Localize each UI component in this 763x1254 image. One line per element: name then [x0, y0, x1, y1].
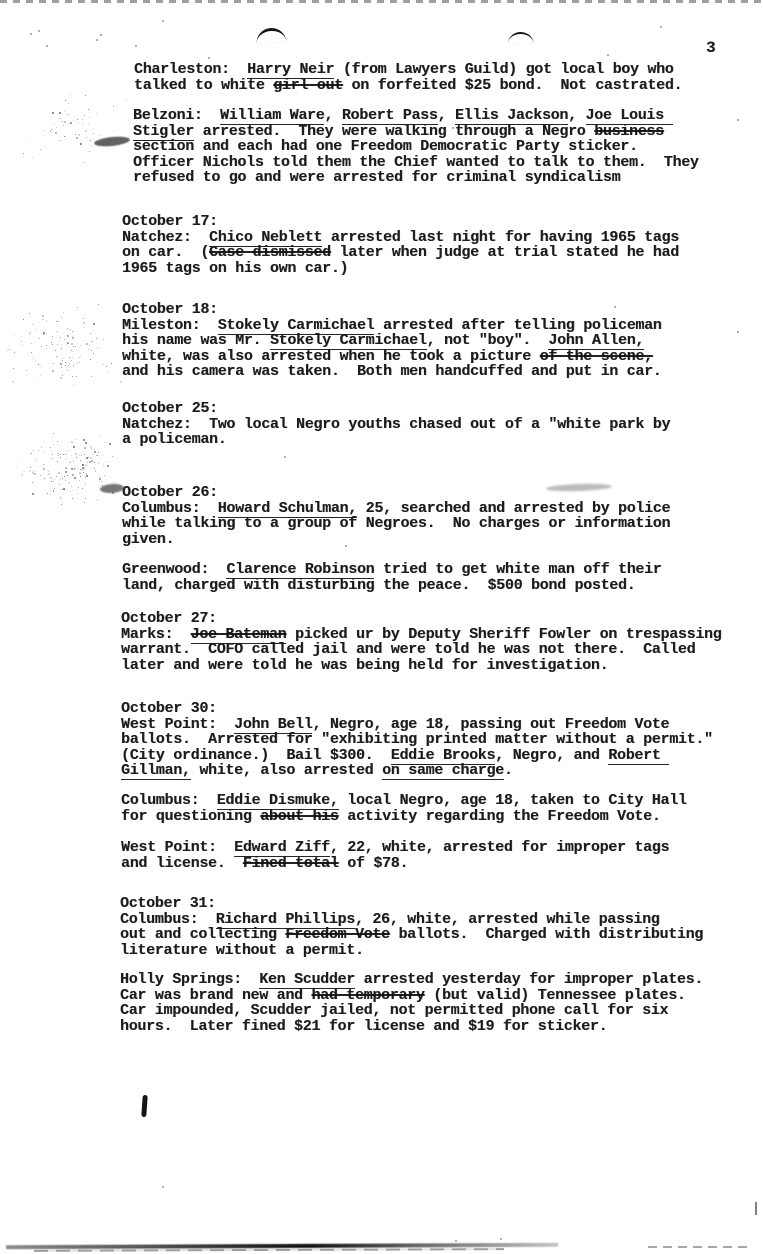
scan-noise-dot [14, 335, 15, 336]
scan-noise-dot [65, 480, 66, 481]
scan-noise-dot [55, 132, 57, 134]
scan-noise-dot [75, 453, 77, 455]
scan-noise-dot [43, 468, 45, 470]
scan-noise-dot [78, 350, 79, 351]
scan-noise-dot [98, 452, 99, 453]
scan-noise-dot [73, 461, 74, 462]
arc-mark-right [508, 32, 534, 45]
scan-noise-dot [61, 504, 62, 505]
scan-speck [345, 545, 347, 547]
scan-noise-dot [90, 333, 91, 334]
scan-mark-right-edge [755, 1202, 757, 1215]
scan-noise-dot [90, 359, 91, 360]
text-line: out and collecting Freedom Vote ballots.… [120, 927, 703, 943]
scan-noise-dot [60, 337, 61, 338]
scan-noise-dot [64, 476, 65, 477]
scan-noise-dot [24, 471, 25, 472]
scan-noise-dot [78, 123, 79, 124]
scan-noise-dot [90, 140, 91, 141]
scan-noise-dot [83, 318, 84, 319]
scan-noise-dot [67, 458, 68, 459]
text-line: land, charged with disturbing the peace.… [122, 578, 662, 594]
scan-noise-dot [84, 327, 85, 328]
text-line: ballots. Arrested for "exhibiting printe… [121, 732, 713, 748]
scan-noise-dot [80, 355, 81, 356]
scan-noise-dot [97, 500, 98, 501]
text-line: 1965 tags on his own car.) [122, 261, 679, 277]
scan-noise-dot [31, 352, 32, 353]
scan-noise-dot [52, 370, 54, 372]
scan-noise-dot [43, 334, 44, 335]
scan-noise-dot [70, 329, 71, 330]
scan-noise-dot [91, 376, 92, 377]
scan-noise-dot [72, 337, 74, 339]
scan-noise-dot [38, 364, 39, 365]
text-line: later and were told he was being held fo… [121, 658, 721, 674]
scan-noise-dot [32, 482, 33, 483]
scan-noise-dot [87, 462, 88, 463]
scan-noise-dot [85, 95, 86, 96]
scan-noise-dot [45, 330, 46, 331]
scan-noise-dot [112, 456, 113, 457]
scan-noise-dot [62, 478, 63, 479]
scan-noise-dot [36, 329, 37, 330]
scan-noise-dot [73, 460, 74, 461]
report-entry-columbus-dismuke: Columbus: Eddie Dismuke, local Negro, ag… [121, 793, 687, 824]
text-line: Belzoni: William Ware, Robert Pass, Elli… [133, 108, 699, 124]
scan-edge-dashes [0, 0, 763, 3]
scan-noise-dot [82, 123, 83, 124]
scan-noise-dot [63, 125, 64, 126]
scan-noise-dot [85, 130, 87, 132]
scan-noise-dot [65, 459, 66, 460]
text-line: his name was Mr. Stokely Carmichael, not… [122, 333, 662, 349]
report-entry-october-25: October 25:Natchez: Two local Negro yout… [122, 401, 670, 448]
scan-noise-dot [56, 356, 57, 357]
scan-noise-dot [82, 119, 83, 120]
scan-noise-dot [57, 344, 58, 345]
scan-noise-dot [67, 328, 68, 329]
scan-noise-dot [39, 338, 40, 339]
scan-noise-dot [88, 124, 89, 125]
scan-noise-dot [69, 363, 70, 364]
scan-noise-dot [71, 468, 73, 470]
scan-noise-dot [63, 454, 64, 455]
scan-noise-dot [93, 133, 94, 134]
scan-noise-dot [26, 370, 27, 371]
scan-noise-dot [100, 135, 101, 136]
text-line: Columbus: Eddie Dismuke, local Negro, ag… [121, 793, 687, 809]
scan-noise-dot [90, 457, 92, 459]
text-line: section and each had one Freedom Democra… [133, 139, 699, 155]
scan-noise-dot [53, 481, 54, 482]
scan-noise-dot [109, 461, 110, 462]
scan-noise-dot [43, 332, 45, 334]
scan-noise-dot [79, 455, 80, 456]
scan-noise-dot [67, 370, 68, 371]
scan-noise-dot [44, 478, 45, 479]
scan-noise-dot [60, 499, 61, 500]
scan-noise-dot [79, 362, 80, 363]
scan-noise-dot [96, 455, 97, 456]
text-line: talked to white girl out on forfeited $2… [134, 78, 682, 94]
scan-noise-dot [75, 468, 76, 469]
scan-noise-dot [65, 365, 66, 366]
scan-noise-dot [112, 492, 114, 494]
scan-noise-dot [126, 99, 127, 100]
scan-noise-dot [107, 465, 109, 467]
scan-noise-dot [89, 345, 90, 346]
scan-speck [737, 119, 739, 121]
scan-noise-dot [72, 351, 73, 352]
scan-noise-dot [43, 464, 44, 465]
scan-noise-dot [63, 488, 65, 490]
scan-noise-dot [87, 465, 88, 466]
scan-noise-dot [67, 114, 68, 115]
report-entry-west-point-ziff: West Point: Edward Ziff, 22, white, arre… [121, 840, 669, 871]
scan-noise-dot [64, 339, 65, 340]
scan-noise-dot [79, 472, 81, 474]
scan-noise-dot [69, 357, 70, 358]
text-line: Car was brand new and had temporary (but… [120, 988, 703, 1004]
scan-noise-dot [40, 366, 41, 367]
scan-noise-dot [93, 353, 94, 354]
scan-noise-dot [99, 436, 100, 437]
scan-noise-dot [89, 117, 90, 118]
text-line: Charleston: Harry Neir (from Lawyers Gui… [134, 62, 682, 78]
scan-noise-dot [107, 372, 108, 373]
scan-speck [455, 1240, 457, 1242]
scan-noise-dot [73, 446, 75, 448]
scan-noise-dot [7, 350, 8, 351]
scan-noise-dot [42, 315, 44, 317]
scan-noise-dot [51, 129, 52, 130]
scan-noise-dot [44, 130, 45, 131]
scan-noise-dot [68, 123, 69, 124]
scan-noise-dot [70, 491, 71, 492]
scan-noise-dot [32, 157, 33, 158]
scan-noise-dot [74, 469, 75, 470]
report-entry-october-27: October 27:Marks: Joe Bateman picked ur … [121, 611, 721, 673]
scan-noise-dot [61, 377, 62, 378]
scan-noise-dot [82, 464, 84, 466]
scan-noise-dot [84, 162, 85, 163]
scan-noise-dot [46, 348, 47, 349]
text-line: Officer Nichols told them the Chief want… [133, 155, 699, 171]
scan-noise-dot [86, 446, 87, 447]
scan-noise-dot [94, 451, 96, 453]
scan-noise-dot [69, 477, 70, 478]
scan-noise-dot [78, 487, 79, 488]
scan-noise-dot [74, 120, 75, 121]
text-line: warrant. COFO called jail and were told … [121, 642, 721, 658]
scan-noise-dot [80, 476, 81, 477]
scan-noise-dot [62, 470, 63, 471]
scan-noise-dot [91, 350, 92, 351]
scan-noise-dot [106, 366, 107, 367]
scan-noise-dot [88, 109, 89, 110]
scan-noise-dot [32, 493, 34, 495]
scan-speck [46, 45, 48, 47]
text-line: Stigler arrested. They were walking thro… [133, 124, 699, 140]
scan-noise-dot [104, 475, 105, 476]
scan-noise-dot [89, 461, 91, 463]
scan-noise-dot [86, 343, 88, 345]
scan-noise-dot [84, 502, 85, 503]
scan-noise-dot [66, 344, 67, 345]
scan-noise-dot [33, 450, 34, 451]
scan-noise-dot [84, 447, 86, 449]
scan-noise-dot [103, 465, 104, 466]
scan-noise-dot [86, 137, 87, 138]
scan-noise-dot [37, 378, 38, 379]
scan-noise-dot [97, 347, 98, 348]
scan-noise-dot [54, 488, 55, 489]
scan-noise-dot [59, 484, 60, 485]
text-line: on car. (Case dismissed later when judge… [122, 245, 679, 261]
scan-noise-dot [12, 381, 14, 383]
scan-noise-dot [31, 453, 32, 454]
scan-noise-dot [62, 360, 63, 361]
scan-noise-dot [59, 140, 60, 141]
scan-noise-dot [23, 319, 24, 320]
scan-noise-dot [76, 137, 78, 139]
text-line: for questioning about his activity regar… [121, 809, 687, 825]
scan-noise-dot [96, 113, 97, 114]
scan-noise-dot [48, 471, 49, 472]
scan-speck [208, 57, 210, 59]
scan-noise-dot [53, 130, 54, 131]
date-heading: October 30: [121, 701, 713, 717]
scan-noise-dot [85, 498, 86, 499]
scan-noise-dot [51, 481, 52, 482]
scan-noise-dot [21, 474, 23, 476]
scan-noise-dot [31, 343, 32, 344]
text-line: (City ordinance.) Bail $300. Eddie Brook… [121, 748, 713, 764]
scan-noise-dot [65, 454, 66, 455]
scan-noise-dot [9, 349, 10, 350]
scan-noise-dot [85, 477, 86, 478]
scan-noise-dot [113, 482, 114, 483]
scan-noise-dot [71, 455, 72, 456]
text-line: Marks: Joe Bateman picked ur by Deputy S… [121, 627, 721, 643]
text-line: Greenwood: Clarence Robinson tried to ge… [122, 562, 662, 578]
scan-noise-dot [76, 457, 77, 458]
scan-noise-dot [67, 335, 69, 337]
scan-noise-dot [60, 118, 61, 119]
scan-noise-dot [85, 483, 86, 484]
scan-noise-dot [67, 475, 68, 476]
scan-noise-dot [71, 485, 72, 486]
scan-noise-dot [53, 123, 54, 124]
scan-noise-dot [58, 472, 60, 474]
scan-noise-dot [78, 347, 79, 348]
scan-speck [162, 1186, 164, 1188]
text-line: white, was also arrested when he took a … [122, 349, 662, 365]
scan-noise-dot [86, 475, 88, 477]
scan-noise-dot [58, 455, 59, 456]
scan-noise-dot [77, 307, 78, 308]
text-line: given. [122, 532, 670, 548]
text-line: and license. Fined total of $78. [121, 856, 669, 872]
scan-speck [737, 331, 739, 333]
scan-noise-dot [59, 112, 61, 114]
scan-noise-dot [51, 458, 52, 459]
text-line: a policeman. [122, 432, 670, 448]
scan-noise-dot [83, 472, 84, 473]
scan-noise-dot [95, 471, 96, 472]
text-line: Gillman, white, also arrested on same ch… [121, 763, 713, 779]
scan-noise-dot [91, 341, 92, 342]
scan-noise-dot [63, 312, 64, 313]
scan-noise-dot [47, 493, 48, 494]
scan-noise-dot [103, 455, 104, 456]
scan-noise-dot [53, 433, 54, 434]
scan-noise-dot [81, 455, 82, 456]
scan-noise-dot [80, 345, 81, 346]
scan-noise-dot [96, 338, 97, 339]
scan-noise-dot [33, 358, 34, 359]
scan-noise-dot [98, 463, 99, 464]
scan-noise-dot [60, 457, 61, 458]
text-line: literature without a permit. [120, 943, 703, 959]
scan-noise-dot [42, 319, 43, 320]
scan-noise-dot [72, 376, 73, 377]
scan-noise-dot [56, 331, 57, 332]
scan-noise-dot [60, 363, 62, 365]
scan-noise-dot [61, 367, 62, 368]
scan-noise-dot [43, 452, 44, 453]
scan-noise-dot [70, 462, 71, 463]
scan-noise-dot [61, 317, 62, 318]
scan-noise-dot [48, 473, 50, 475]
scan-noise-dot [32, 324, 33, 325]
scan-noise-dot [40, 475, 41, 476]
scan-noise-dot [47, 470, 48, 471]
scan-noise-dot [35, 360, 36, 361]
scan-noise-dot [57, 461, 58, 462]
scan-noise-dot [29, 313, 30, 314]
scan-noise-dot [71, 343, 73, 345]
ink-smudge [94, 135, 131, 148]
scan-noise-dot [56, 127, 57, 128]
scan-speck [162, 20, 164, 22]
scan-noise-dot [99, 479, 100, 480]
scan-noise-dot [82, 467, 84, 469]
date-heading: October 31: [120, 896, 703, 912]
scan-noise-dot [13, 368, 14, 369]
text-line: Car impounded, Scudder jailed, not permi… [120, 1003, 703, 1019]
date-heading: October 25: [122, 401, 670, 417]
scan-noise-dot [79, 357, 80, 358]
bottom-scan-line-secondary [34, 1248, 504, 1252]
scan-noise-dot [40, 149, 41, 150]
scan-noise-dot [77, 363, 78, 364]
scan-noise-dot [38, 450, 39, 451]
scan-noise-dot [88, 457, 89, 458]
scan-speck [30, 33, 32, 35]
scanned-document-page: 3 Charleston: Harry Neir (from Lawyers G… [0, 0, 763, 1254]
scan-noise-dot [82, 488, 83, 489]
text-line: Mileston: Stokely Carmichael arrested af… [122, 318, 662, 334]
scan-noise-dot [65, 467, 67, 469]
scan-noise-dot [41, 447, 42, 448]
scan-noise-dot [46, 333, 47, 334]
scan-noise-dot [104, 442, 105, 443]
scan-noise-dot [30, 467, 31, 468]
scan-noise-dot [71, 486, 72, 487]
scan-noise-dot [21, 341, 22, 342]
scan-noise-dot [113, 106, 114, 107]
scan-noise-dot [78, 468, 79, 469]
scan-noise-dot [84, 323, 85, 324]
text-line: Natchez: Chico Neblett arrested last nig… [122, 230, 679, 246]
scan-noise-dot [14, 352, 15, 353]
scan-noise-dot [80, 143, 82, 145]
scan-noise-dot [57, 441, 58, 442]
scan-noise-dot [50, 447, 51, 448]
scan-noise-dot [60, 497, 61, 498]
report-entry-october-17: October 17:Natchez: Chico Neblett arrest… [122, 214, 679, 276]
text-line: hours. Later fined $21 for license and $… [120, 1019, 703, 1035]
scan-noise-dot [89, 151, 90, 152]
scan-noise-dot [52, 336, 53, 337]
scan-noise-dot [64, 136, 65, 137]
scan-noise-dot [84, 454, 85, 455]
text-line: West Point: John Bell, Negro, age 18, pa… [121, 717, 713, 733]
scan-noise-dot [26, 140, 27, 141]
report-entry-holly-springs: Holly Springs: Ken Scudder arrested yest… [120, 972, 703, 1034]
report-entry-belzoni: Belzoni: William Ware, Robert Pass, Elli… [133, 108, 699, 186]
scan-noise-dot [64, 111, 65, 112]
scan-noise-dot [92, 341, 93, 342]
report-entry-october-31: October 31:Columbus: Richard Phillips, 2… [120, 896, 703, 958]
scan-speck [240, 131, 242, 133]
scan-noise-dot [73, 346, 74, 347]
scan-noise-dot [88, 349, 89, 350]
page-number: 3 [706, 40, 716, 56]
scan-noise-dot [91, 145, 92, 146]
scan-noise-dot [70, 94, 71, 95]
text-line: while talking to a group of Negroes. No … [122, 516, 670, 532]
scan-noise-dot [65, 471, 67, 473]
text-line: Natchez: Two local Negro youths chased o… [122, 417, 670, 433]
scan-noise-dot [108, 143, 109, 144]
scan-speck [100, 34, 102, 36]
scan-noise-dot [94, 462, 95, 463]
scan-noise-dot [81, 470, 82, 471]
scan-noise-dot [72, 474, 74, 476]
scan-noise-dot [103, 339, 104, 340]
scan-speck [614, 306, 616, 308]
scan-noise-dot [54, 479, 55, 480]
scan-noise-dot [61, 344, 62, 345]
scan-noise-dot [77, 119, 78, 120]
scan-noise-dot [68, 365, 69, 366]
scan-noise-dot [67, 451, 68, 452]
scan-noise-dot [75, 346, 76, 347]
scan-speck [135, 45, 137, 47]
scan-noise-dot [99, 477, 100, 478]
bottom-scan-line-faint [648, 1246, 748, 1248]
scan-noise-dot [72, 331, 73, 332]
scan-noise-dot [51, 478, 52, 479]
scan-noise-dot [67, 342, 69, 344]
scan-noise-dot [97, 455, 98, 456]
scan-noise-dot [34, 473, 36, 475]
text-line: refused to go and were arrested for crim… [133, 170, 699, 186]
scan-noise-dot [75, 439, 76, 440]
